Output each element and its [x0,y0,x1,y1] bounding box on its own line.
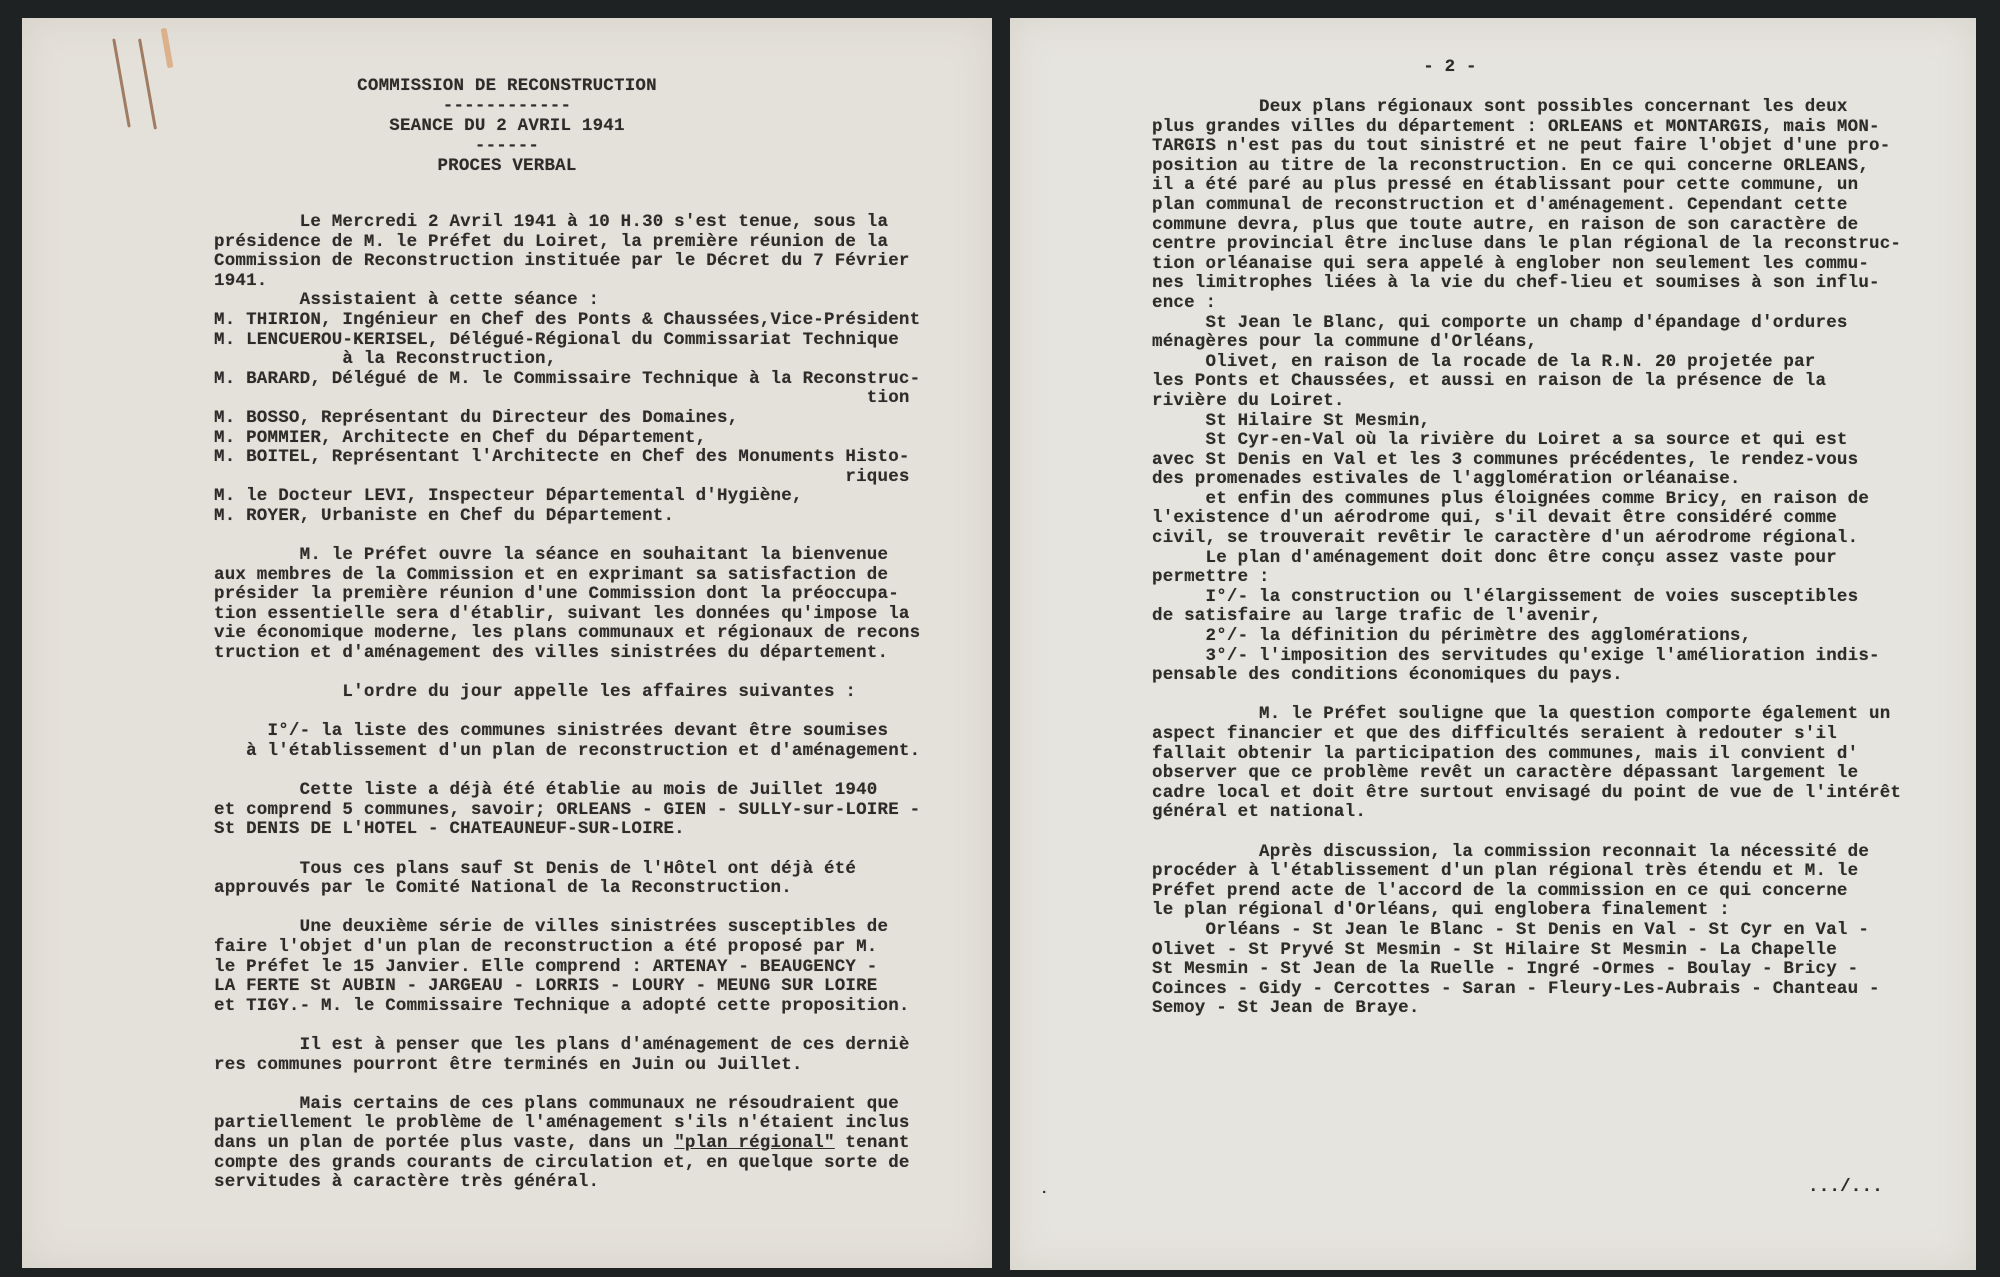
title-line: SEANCE DU 2 AVRIL 1941 [22,116,992,136]
text-line: M. BARARD, Délégué de M. le Commissaire … [214,370,920,390]
text-line: St Jean le Blanc, qui comporte un champ … [1152,314,1901,334]
text-line: fallait obtenir la participation des com… [1152,745,1901,765]
text-line: compte des grands courants de circulatio… [214,1154,920,1174]
document-title-block: COMMISSION DE RECONSTRUCTION------------… [22,76,992,176]
text-line: les Ponts et Chaussées, et aussi en rais… [1152,372,1901,392]
text-line: Semoy - St Jean de Braye. [1152,999,1901,1019]
text-line: l'existence d'un aérodrome qui, s'il dev… [1152,509,1901,529]
text-line: Assistaient à cette séance : [214,291,920,311]
text-line: Le Mercredi 2 Avril 1941 à 10 H.30 s'est… [214,213,920,233]
text-line: à la Reconstruction, [214,350,920,370]
document-page-1: COMMISSION DE RECONSTRUCTION------------… [22,18,992,1268]
text-line [214,1075,920,1095]
text-line: truction et d'aménagement des villes sin… [214,644,920,664]
text-line: général et national. [1152,803,1901,823]
text-line: position au titre de la reconstruction. … [1152,157,1901,177]
text-line: faire l'objet d'un plan de reconstructio… [214,938,920,958]
text-line: Orléans - St Jean le Blanc - St Denis en… [1152,921,1901,941]
text-line: rivière du Loiret. [1152,392,1901,412]
text-line: Tous ces plans sauf St Denis de l'Hôtel … [214,860,920,880]
text-line: M. le Préfet ouvre la séance en souhaita… [214,546,920,566]
text-line: civil, se trouverait revêtir le caractèr… [1152,529,1901,549]
text-line: tion essentielle sera d'établir, suivant… [214,605,920,625]
text-line: M. BOITEL, Représentant l'Architecte en … [214,448,920,468]
text-line: aux membres de la Commission et en expri… [214,566,920,586]
text-line: 1941. [214,272,920,292]
text-line: M. le Préfet souligne que la question co… [1152,705,1901,725]
text-line: servitudes à caractère très général. [214,1173,920,1193]
text-line: des promenades estivales de l'agglomérat… [1152,470,1901,490]
text-line: permettre : [1152,568,1901,588]
text-line: riques [214,468,920,488]
title-line: ------------ [22,96,992,116]
text-line: ence : [1152,294,1901,314]
text-line: aspect financier et que des difficultés … [1152,725,1901,745]
text-line: cadre local et doit être surtout envisag… [1152,784,1901,804]
text-line: présider la première réunion d'une Commi… [214,585,920,605]
text-line: M. le Docteur LEVI, Inspecteur Départeme… [214,487,920,507]
text-line [214,762,920,782]
text-line: ménagères pour la commune d'Orléans, [1152,333,1901,353]
text-line: Le plan d'aménagement doit donc être con… [1152,549,1901,569]
text-line: le Préfet le 15 Janvier. Elle comprend :… [214,958,920,978]
rust-mark [161,28,174,68]
text-line: avec St Denis en Val et les 3 communes p… [1152,451,1901,471]
text-line: procéder à l'établissement d'un plan rég… [1152,862,1901,882]
text-line: St Cyr-en-Val où la rivière du Loiret a … [1152,431,1901,451]
text-line [214,840,920,860]
text-line: Il est à penser que les plans d'aménagem… [214,1036,920,1056]
text-line: 3°/- l'imposition des servitudes qu'exig… [1152,647,1901,667]
title-line: COMMISSION DE RECONSTRUCTION [22,76,992,96]
text-line: LA FERTE St AUBIN - JARGEAU - LORRIS - L… [214,977,920,997]
text-line: et comprend 5 communes, savoir; ORLEANS … [214,801,920,821]
text-line: St DENIS DE L'HOTEL - CHATEAUNEUF-SUR-LO… [214,820,920,840]
text-line: res communes pourront être terminés en J… [214,1056,920,1076]
text-line: et enfin des communes plus éloignées com… [1152,490,1901,510]
margin-dot: · [1040,1184,1049,1204]
text-line [214,1016,920,1036]
text-line [214,664,920,684]
text-line [214,527,920,547]
text-line: Mais certains de ces plans communaux ne … [214,1095,920,1115]
document-body-page-2: Deux plans régionaux sont possibles conc… [1152,98,1901,1019]
text-line: M. POMMIER, Architecte en Chef du Départ… [214,429,920,449]
text-line [214,703,920,723]
text-line: approuvés par le Comité National de la R… [214,879,920,899]
text-line: M. THIRION, Ingénieur en Chef des Ponts … [214,311,920,331]
text-line: plan communal de reconstruction et d'amé… [1152,196,1901,216]
text-line: I°/- la construction ou l'élargissement … [1152,588,1901,608]
text-line: centre provincial être incluse dans le p… [1152,235,1901,255]
document-body-page-1: Le Mercredi 2 Avril 1941 à 10 H.30 s'est… [214,213,920,1193]
text-line: Préfet prend acte de l'accord de la comm… [1152,882,1901,902]
text-line: M. LENCUEROU-KERISEL, Délégué-Régional d… [214,331,920,351]
text-line: Deux plans régionaux sont possibles conc… [1152,98,1901,118]
text-line: Olivet, en raison de la rocade de la R.N… [1152,353,1901,373]
text-line: à l'établissement d'un plan de reconstru… [214,742,920,762]
text-line [1152,823,1901,843]
text-line: Une deuxième série de villes sinistrées … [214,918,920,938]
title-line: PROCES VERBAL [22,156,992,176]
text-line: TARGIS n'est pas du tout sinistré et ne … [1152,137,1901,157]
text-line [214,899,920,919]
text-line: M. BOSSO, Représentant du Directeur des … [214,409,920,429]
text-line: 2°/- la définition du périmètre des aggl… [1152,627,1901,647]
text-line: I°/- la liste des communes sinistrées de… [214,722,920,742]
text-line: commune devra, plus que toute autre, en … [1152,216,1901,236]
text-line: Olivet - St Pryvé St Mesmin - St Hilaire… [1152,941,1901,961]
text-line: M. ROYER, Urbaniste en Chef du Départeme… [214,507,920,527]
text-line: partiellement le problème de l'aménageme… [214,1114,920,1134]
text-line: nes limitrophes liées à la vie du chef-l… [1152,274,1901,294]
text-line: Commission de Reconstruction instituée p… [214,252,920,272]
text-line [1152,686,1901,706]
text-line: Coinces - Gidy - Cercottes - Saran - Fle… [1152,980,1901,1000]
text-line: Cette liste a déjà été établie au mois d… [214,781,920,801]
document-page-2: - 2 - Deux plans régionaux sont possible… [1010,18,1976,1270]
page-number: - 2 - [1390,58,1510,78]
text-line: dans un plan de portée plus vaste, dans … [214,1134,920,1154]
text-line: L'ordre du jour appelle les affaires sui… [214,683,920,703]
text-line: St Mesmin - St Jean de la Ruelle - Ingré… [1152,960,1901,980]
text-line: le plan régional d'Orléans, qui englober… [1152,901,1901,921]
text-line: tion [214,389,920,409]
continuation-mark: .../... [1808,1178,1883,1198]
text-line: plus grandes villes du département : ORL… [1152,118,1901,138]
text-line: vie économique moderne, les plans commun… [214,624,920,644]
title-line: ------ [22,136,992,156]
text-line: et TIGY.- M. le Commissaire Technique a … [214,997,920,1017]
underlined-term: "plan régional" [674,1133,835,1153]
text-line: St Hilaire St Mesmin, [1152,412,1901,432]
text-line: présidence de M. le Préfet du Loiret, la… [214,233,920,253]
text-line: il a été paré au plus pressé en établiss… [1152,176,1901,196]
text-line: tion orléanaise qui sera appelé à englob… [1152,255,1901,275]
text-line: de satisfaire au large trafic de l'aveni… [1152,607,1901,627]
text-line: pensable des conditions économiques du p… [1152,666,1901,686]
text-line: Après discussion, la commission reconnai… [1152,843,1901,863]
text-line: observer que ce problème revêt un caract… [1152,764,1901,784]
